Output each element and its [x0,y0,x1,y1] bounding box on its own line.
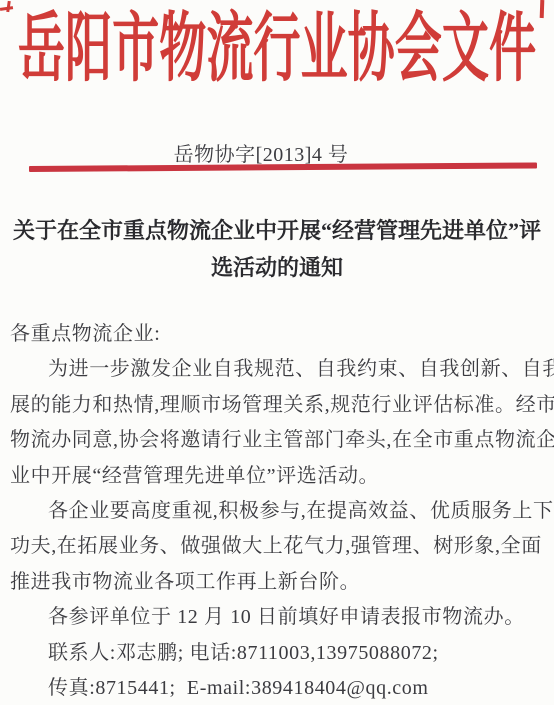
fax-email-line: 传真:8715441; E-mail:389418404@qq.com [10,671,554,705]
body-line: 业中开展“经营管理先进单位”评选活动。 [10,459,554,494]
scan-artifact-top-right [540,0,545,18]
scanned-document-page: 岳阳市物流行业协会文件 岳物协字[2013]4 号 关于在全市重点物流企业中开展… [0,0,554,705]
document-title: 关于在全市重点物流企业中开展“经营管理先进单位”评 选活动的通知 [0,212,554,286]
letterhead-title: 岳阳市物流行业协会文件 [18,8,536,91]
body-line: 物流办同意,协会将邀请行业主管部门牵头,在全市重点物流企 [10,423,554,458]
deadline-line: 各参评单位于 12 月 10 日前填好申请表报市物流办。 [10,600,554,635]
salutation-line: 各重点物流企业: [10,317,554,352]
body-line: 功夫,在拓展业务、做强做大上花气力,强管理、树形象,全面 [10,529,554,564]
body-line: 为进一步激发企业自我规范、自我约束、自我创新、自我发 [10,352,554,387]
body-line: 推进我市物流业各项工作再上新台阶。 [10,565,554,600]
document-title-line1: 关于在全市重点物流企业中开展“经营管理先进单位”评 [0,212,554,249]
document-body: 各重点物流企业: 为进一步激发企业自我规范、自我约束、自我创新、自我发 展的能力… [10,317,554,705]
body-line: 各企业要高度重视,积极参与,在提高效益、优质服务上下 [10,494,554,529]
body-line: 展的能力和热情,理顺市场管理关系,规范行业评估标准。经市 [10,388,554,423]
contact-line: 联系人:邓志鹏; 电话:8711003,13975088072; [10,636,554,671]
document-title-line2: 选活动的通知 [0,249,554,286]
